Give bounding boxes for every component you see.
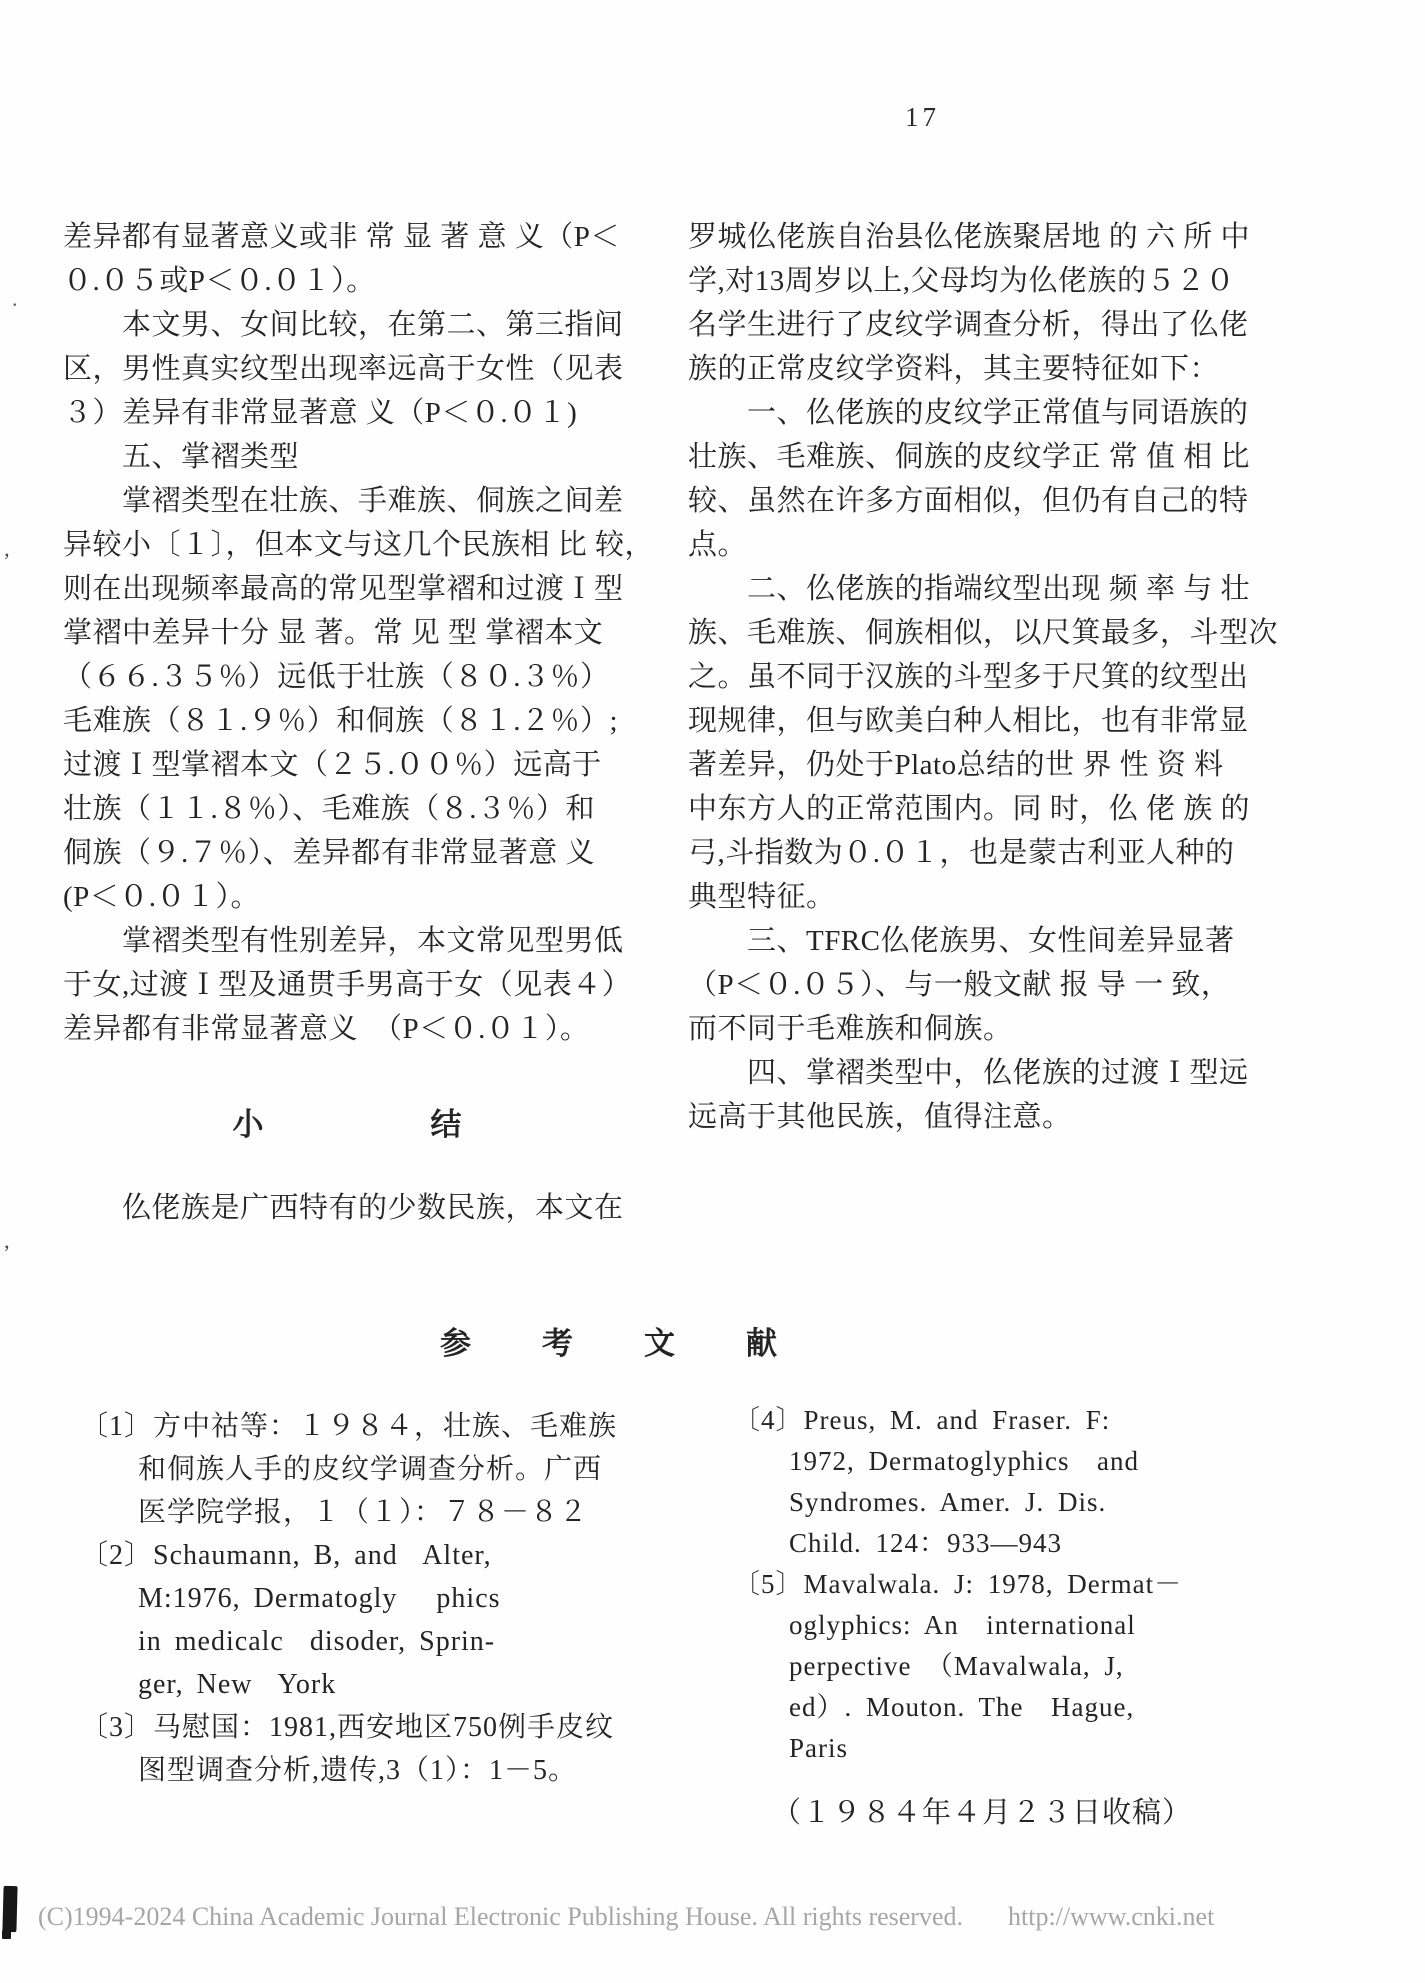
text-line: 〔2〕Schaumann, B, and Alter, — [80, 1534, 617, 1577]
text-line: 于女,过渡Ｉ型及通贯手男高于女（见表４） — [63, 963, 638, 1007]
text-line: 毛难族（８１.９％）和侗族（８１.２％）; — [63, 699, 638, 743]
text-line: ３）差异有非常显著意 义（P＜０.０１) — [63, 391, 638, 435]
text-line: 差异都有非常显著意义 （P＜０.０１）。 — [63, 1007, 638, 1051]
left-column: 差异都有显著意义或非 常 显 著 意 义（P＜０.０５或P＜０.０１）。 本文男… — [63, 215, 638, 1051]
text-line: 差异都有显著意义或非 常 显 著 意 义（P＜ — [63, 215, 638, 259]
text-line: 弓,斗指数为０.０１，也是蒙古利亚人种的 — [688, 831, 1253, 875]
text-line: 之。虽不同于汉族的斗型多于尺箕的纹型出 — [688, 655, 1253, 699]
text-line: 罗城仫佬族自治县仫佬族聚居地 的 六 所 中 — [688, 215, 1253, 259]
footer-url: http://www.cnki.net — [1008, 1902, 1214, 1931]
text-line: 异较小〔１〕，但本文与这几个民族相 比 较， — [63, 523, 638, 567]
scan-artifact-mark: ’ — [3, 1240, 10, 1266]
text-line: 四、掌褶类型中，仫佬族的过渡Ｉ型远 — [688, 1051, 1253, 1095]
text-line: 过渡Ｉ型掌褶本文（２５.００％）远高于 — [63, 743, 638, 787]
text-line: 掌褶类型在壮族、手难族、侗族之间差 — [63, 479, 638, 523]
text-line: 点。 — [688, 523, 1253, 567]
text-line: 一、仫佬族的皮纹学正常值与同语族的 — [688, 391, 1253, 435]
summary-heading: 小 结 — [63, 1099, 633, 1144]
references-right: 〔4〕Preus, M. and Fraser. F: 1972, Dermat… — [733, 1400, 1182, 1769]
journal-page: 17 差异都有显著意义或非 常 显 著 意 义（P＜０.０５或P＜０.０１）。 … — [0, 0, 1425, 1983]
text-line: 五、掌褶类型 — [63, 435, 638, 479]
received-date: （１９８４年４月２３日收稿） — [772, 1790, 1192, 1831]
text-line: 中东方人的正常范围内。同 时，仫 佬 族 的 — [688, 787, 1253, 831]
text-line: 族的正常皮纹学资料，其主要特征如下： — [688, 347, 1253, 391]
text-line: Child. 124：933—943 — [733, 1523, 1182, 1564]
copyright-text: (C)1994-2024 China Academic Journal Elec… — [38, 1902, 963, 1931]
references-left: 〔1〕方中祜等：１９８４，壮族、毛难族 和侗族人手的皮纹学调查分析。广西 医学院… — [80, 1405, 617, 1792]
text-line: （P＜０.０５）、与一般文献 报 导 一 致， — [688, 963, 1253, 1007]
text-line: 而不同于毛难族和侗族。 — [688, 1007, 1253, 1051]
text-line: oglyphics: An international — [733, 1605, 1182, 1646]
ink-blot-artifact — [2, 1886, 17, 1932]
scan-artifact-mark: ’ — [3, 548, 10, 574]
text-line: Paris — [733, 1728, 1182, 1769]
text-line: 和侗族人手的皮纹学调查分析。广西 — [80, 1448, 617, 1491]
text-line: 掌褶中差异十分 显 著。常 见 型 掌褶本文 — [63, 611, 638, 655]
text-line: 三、TFRC仫佬族男、女性间差异显著 — [688, 919, 1253, 963]
text-line: 掌褶类型有性别差异，本文常见型男低 — [63, 919, 638, 963]
text-line: 名学生进行了皮纹学调查分析，得出了仫佬 — [688, 303, 1253, 347]
ink-blot-artifact — [2, 1930, 11, 1939]
text-line: 较、虽然在许多方面相似，但仍有自己的特 — [688, 479, 1253, 523]
text-line: 族、毛难族、侗族相似，以尺箕最多，斗型次 — [688, 611, 1253, 655]
text-line: 图型调查分析,遗传,3（1）：1－5。 — [80, 1749, 617, 1792]
text-line: 学,对13周岁以上,父母均为仫佬族的５２０ — [688, 259, 1253, 303]
text-line: 医学院学报，１（１）：７８－８２ — [80, 1491, 617, 1534]
text-line: 远高于其他民族，值得注意。 — [688, 1095, 1253, 1139]
text-line: 本文男、女间比较，在第二、第三指间 — [63, 303, 638, 347]
text-line: 〔1〕方中祜等：１９８４，壮族、毛难族 — [80, 1405, 617, 1448]
text-line: 二、仫佬族的指端纹型出现 频 率 与 壮 — [688, 567, 1253, 611]
summary-paragraph: 仫佬族是广西特有的少数民族，本文在 — [63, 1186, 624, 1230]
text-line: in medicalc disoder, Sprin- — [80, 1620, 617, 1663]
text-line: ger, New York — [80, 1663, 617, 1706]
text-line: 壮族、毛难族、侗族的皮纹学正 常 值 相 比 — [688, 435, 1253, 479]
text-line: 仫佬族是广西特有的少数民族，本文在 — [63, 1186, 624, 1230]
text-line: 则在出现频率最高的常见型掌褶和过渡Ｉ型 — [63, 567, 638, 611]
right-column: 罗城仫佬族自治县仫佬族聚居地 的 六 所 中学,对13周岁以上,父母均为仫佬族的… — [688, 215, 1253, 1139]
text-line: 壮族（１１.８％）、毛难族（８.３％）和 — [63, 787, 638, 831]
text-line: 1972, Dermatoglyphics and — [733, 1441, 1182, 1482]
text-line: 典型特征。 — [688, 875, 1253, 919]
text-line: 著差异，仍处于Plato总结的世 界 性 资 料 — [688, 743, 1253, 787]
text-line: ０.０５或P＜０.０１）。 — [63, 259, 638, 303]
text-line: 〔4〕Preus, M. and Fraser. F: — [733, 1400, 1182, 1441]
text-line: （６６.３５％）远低于壮族（８０.３％） — [63, 655, 638, 699]
text-line: (P＜０.０１）。 — [63, 875, 638, 919]
text-line: 侗族（９.７％）、差异都有非常显著意 义 — [63, 831, 638, 875]
text-line: 〔3〕马慰国：1981,西安地区750例手皮纹 — [80, 1706, 617, 1749]
text-line: ed）. Mouton. The Hague, — [733, 1687, 1182, 1728]
copyright-footer: (C)1994-2024 China Academic Journal Elec… — [38, 1902, 1278, 1932]
page-number: 17 — [905, 102, 940, 133]
text-line: M:1976, Dermatogly phics — [80, 1577, 617, 1620]
text-line: perpective （Mavalwala, J, — [733, 1646, 1182, 1687]
text-line: 区，男性真实纹型出现率远高于女性（见表 — [63, 347, 638, 391]
text-line: 〔5〕Mavalwala. J: 1978, Dermat－ — [733, 1564, 1182, 1605]
text-line: 现规律，但与欧美白种人相比，也有非常显 — [688, 699, 1253, 743]
references-heading: 参 考 文 献 — [160, 1318, 1060, 1363]
scan-artifact-dot: . — [12, 286, 18, 312]
text-line: Syndromes. Amer. J. Dis. — [733, 1482, 1182, 1523]
